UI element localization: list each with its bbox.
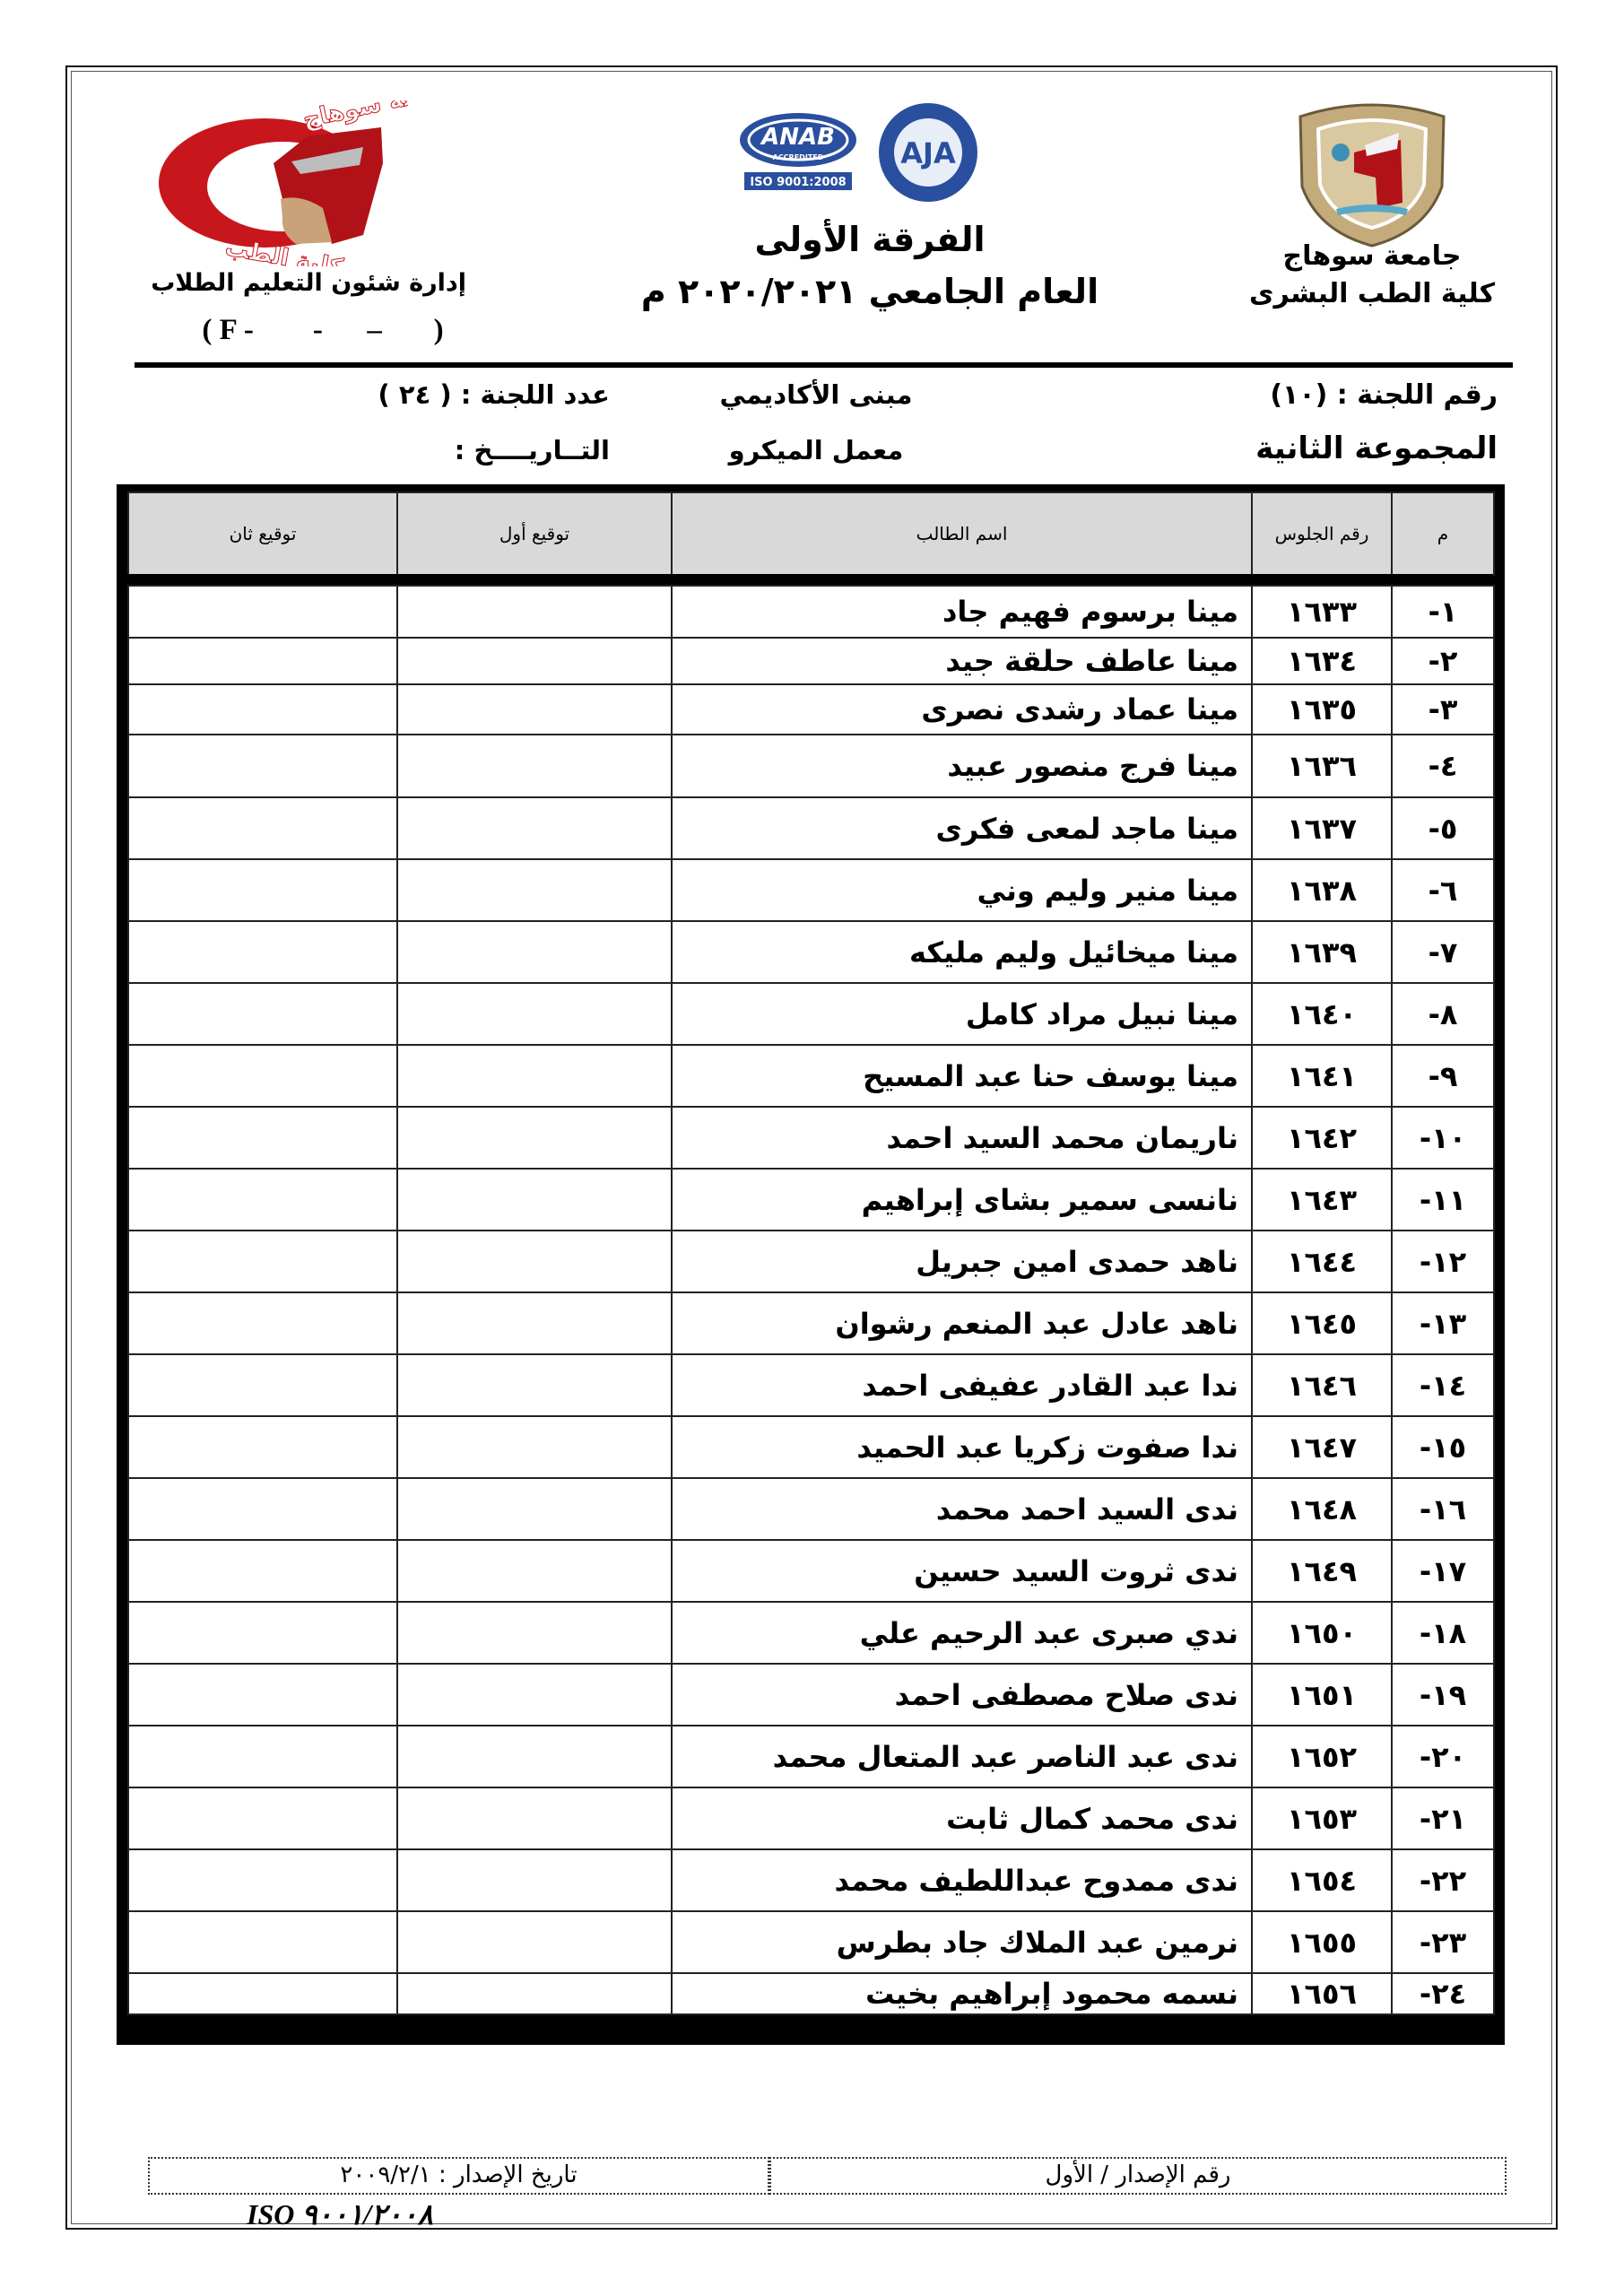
university-crest xyxy=(1291,97,1453,249)
student-name: نرمين عبد الملاك جاد بطرس xyxy=(672,1911,1252,1973)
second-signature-cell[interactable] xyxy=(128,1664,397,1726)
seat-number: ١٦٥٤ xyxy=(1252,1849,1392,1911)
accreditation-badges: ANAB ACCREDITED ISO 9001:2008 AJA xyxy=(731,97,995,209)
seat-number: ١٦٣٩ xyxy=(1252,921,1392,983)
table-row: ٢١-١٦٥٣ندى محمد كمال ثابت xyxy=(128,1787,1494,1849)
second-signature-cell[interactable] xyxy=(128,684,397,735)
table-row: ٦-١٦٣٨مينا منير وليم وني xyxy=(128,859,1494,921)
seat-number: ١٦٤٦ xyxy=(1252,1354,1392,1416)
first-signature-cell[interactable] xyxy=(397,921,672,983)
row-index: ٤- xyxy=(1392,735,1494,797)
col-header-index: م xyxy=(1392,492,1494,575)
second-signature-cell[interactable] xyxy=(128,1973,397,2014)
student-name: مينا ميخائيل وليم مليكه xyxy=(672,921,1252,983)
row-index: ٧- xyxy=(1392,921,1494,983)
form-code: ( F - - – ) xyxy=(179,314,466,347)
second-signature-cell[interactable] xyxy=(128,921,397,983)
student-name: ندى ممدوح عبداللطيف محمد xyxy=(672,1849,1252,1911)
iso-badge-text: ISO 9001:2008 xyxy=(750,176,846,189)
seat-number: ١٦٥٢ xyxy=(1252,1726,1392,1787)
first-signature-cell[interactable] xyxy=(397,1664,672,1726)
attendance-table: م رقم الجلوس اسم الطالب توقيع أول توقيع … xyxy=(117,484,1505,2045)
second-signature-cell[interactable] xyxy=(128,1726,397,1787)
row-index: ٣- xyxy=(1392,684,1494,735)
row-index: ٢- xyxy=(1392,638,1494,684)
first-signature-cell[interactable] xyxy=(397,638,672,684)
row-index: ١٣- xyxy=(1392,1292,1494,1354)
first-signature-cell[interactable] xyxy=(397,1107,672,1169)
first-signature-cell[interactable] xyxy=(397,859,672,921)
table-row: ٣-١٦٣٥مينا عماد رشدى نصرى xyxy=(128,684,1494,735)
student-name: ندى صلاح مصطفى احمد xyxy=(672,1664,1252,1726)
row-index: ٥- xyxy=(1392,797,1494,859)
seat-number: ١٦٣٦ xyxy=(1252,735,1392,797)
table-row: ٩-١٦٤١مينا يوسف حنا عبد المسيح xyxy=(128,1045,1494,1107)
table-row: ١٠-١٦٤٢ناريمان محمد السيد احمد xyxy=(128,1107,1494,1169)
table-row: ١٦-١٦٤٨ندى السيد احمد محمد xyxy=(128,1478,1494,1540)
table-row: ٢٢-١٦٥٤ندى ممدوح عبداللطيف محمد xyxy=(128,1849,1494,1911)
table-row: ١٩-١٦٥١ندى صلاح مصطفى احمد xyxy=(128,1664,1494,1726)
student-name: مينا فرج منصور عبيد xyxy=(672,735,1252,797)
table-row: ٧-١٦٣٩مينا ميخائيل وليم مليكه xyxy=(128,921,1494,983)
academic-year: العام الجامعي ٢٠٢٠/٢٠٢١ م xyxy=(592,272,1148,311)
student-name: ندى السيد احمد محمد xyxy=(672,1478,1252,1540)
row-index: ١١- xyxy=(1392,1169,1494,1231)
student-name: مينا يوسف حنا عبد المسيح xyxy=(672,1045,1252,1107)
seat-number: ١٦٤٤ xyxy=(1252,1231,1392,1292)
seat-number: ١٦٤٢ xyxy=(1252,1107,1392,1169)
seat-number: ١٦٣٤ xyxy=(1252,638,1392,684)
table-row: ١٧-١٦٤٩ندى ثروت السيد حسين xyxy=(128,1540,1494,1602)
header-band xyxy=(127,574,1493,583)
row-index: ١٧- xyxy=(1392,1540,1494,1602)
row-index: ١- xyxy=(1392,586,1494,638)
first-signature-cell[interactable] xyxy=(397,1787,672,1849)
second-signature-cell[interactable] xyxy=(128,1107,397,1169)
row-index: ٢١- xyxy=(1392,1787,1494,1849)
seat-number: ١٦٤٩ xyxy=(1252,1540,1392,1602)
first-signature-cell[interactable] xyxy=(397,1354,672,1416)
first-signature-cell[interactable] xyxy=(397,1478,672,1540)
department-name: إدارة شئون التعليم الطلاب xyxy=(179,269,466,297)
table-row: ٤-١٦٣٦مينا فرج منصور عبيد xyxy=(128,735,1494,797)
student-name: مينا عاطف حلقة جيد xyxy=(672,638,1252,684)
seat-number: ١٦٣٨ xyxy=(1252,859,1392,921)
table-row: ١٤-١٦٤٦ندا عبد القادر عفيفى احمد xyxy=(128,1354,1494,1416)
second-signature-cell[interactable] xyxy=(128,1602,397,1664)
student-name: مينا منير وليم وني xyxy=(672,859,1252,921)
anab-text: ANAB xyxy=(760,124,835,151)
header-divider xyxy=(135,362,1513,368)
second-signature-cell[interactable] xyxy=(128,1416,397,1478)
aja-text: AJA xyxy=(900,136,956,170)
row-index: ٢٣- xyxy=(1392,1911,1494,1973)
student-name: مينا ماجد لمعى فكرى xyxy=(672,797,1252,859)
second-signature-cell[interactable] xyxy=(128,638,397,684)
second-signature-cell[interactable] xyxy=(128,1911,397,1973)
committee-count: عدد اللجنة : ( ٢٤ ) xyxy=(377,379,610,410)
second-signature-cell[interactable] xyxy=(128,1354,397,1416)
second-signature-cell[interactable] xyxy=(128,1478,397,1540)
col-header-first-signature: توقيع أول xyxy=(397,492,672,575)
row-index: ١٦- xyxy=(1392,1478,1494,1540)
table-body: ١-١٦٣٣مينا برسوم فهيم جاد٢-١٦٣٤مينا عاطف… xyxy=(127,585,1495,2015)
seat-number: ١٦٤٨ xyxy=(1252,1478,1392,1540)
first-signature-cell[interactable] xyxy=(397,1602,672,1664)
group-name: المجموعة الثانية xyxy=(1202,430,1498,466)
first-signature-cell[interactable] xyxy=(397,983,672,1045)
seat-number: ١٦٥٣ xyxy=(1252,1787,1392,1849)
building-name: مبنى الأكاديمي xyxy=(682,379,951,410)
student-name: ندى عبد الناصر عبد المتعال محمد xyxy=(672,1726,1252,1787)
row-index: ١٤- xyxy=(1392,1354,1494,1416)
first-signature-cell[interactable] xyxy=(397,1416,672,1478)
seat-number: ١٦٥٠ xyxy=(1252,1602,1392,1664)
student-name: ناهد حمدى امين جبريل xyxy=(672,1231,1252,1292)
first-signature-cell[interactable] xyxy=(397,1726,672,1787)
table-row: ١٥-١٦٤٧ندا صفوت زكريا عبد الحميد xyxy=(128,1416,1494,1478)
row-index: ١٢- xyxy=(1392,1231,1494,1292)
first-signature-cell[interactable] xyxy=(397,1911,672,1973)
iso-standard: ISO ٩٠٠١/٢٠٠٨ xyxy=(247,2197,433,2231)
col-header-student-name: اسم الطالب xyxy=(672,492,1252,575)
table-row: ٨-١٦٤٠مينا نبيل مراد كامل xyxy=(128,983,1494,1045)
first-signature-cell[interactable] xyxy=(397,1973,672,2014)
table-header: م رقم الجلوس اسم الطالب توقيع أول توقيع … xyxy=(127,491,1495,576)
row-index: ١٥- xyxy=(1392,1416,1494,1478)
col-header-second-signature: توقيع ثان xyxy=(128,492,397,575)
row-index: ٦- xyxy=(1392,859,1494,921)
first-signature-cell[interactable] xyxy=(397,1231,672,1292)
row-index: ١٨- xyxy=(1392,1602,1494,1664)
committee-number: رقم اللجنة : (١٠) xyxy=(1202,379,1498,411)
seat-number: ١٦٤٥ xyxy=(1252,1292,1392,1354)
student-name: ندي صبرى عبد الرحيم علي xyxy=(672,1602,1252,1664)
seat-number: ١٦٤١ xyxy=(1252,1045,1392,1107)
table-row: ١٣-١٦٤٥ناهد عادل عبد المنعم رشوان xyxy=(128,1292,1494,1354)
second-signature-cell[interactable] xyxy=(128,1292,397,1354)
row-index: ٢٤- xyxy=(1392,1973,1494,2014)
table-row: ٢٣-١٦٥٥نرمين عبد الملاك جاد بطرس xyxy=(128,1911,1494,1973)
table-row: ٥-١٦٣٧مينا ماجد لمعى فكرى xyxy=(128,797,1494,859)
table-row: ٢-١٦٣٤مينا عاطف حلقة جيد xyxy=(128,638,1494,684)
second-signature-cell[interactable] xyxy=(128,1169,397,1231)
seat-number: ١٦٥٥ xyxy=(1252,1911,1392,1973)
seat-number: ١٦٤٣ xyxy=(1252,1169,1392,1231)
row-index: ١٠- xyxy=(1392,1107,1494,1169)
first-signature-cell[interactable] xyxy=(397,735,672,797)
second-signature-cell[interactable] xyxy=(128,735,397,797)
student-name: ندى محمد كمال ثابت xyxy=(672,1787,1252,1849)
document-title: الفرقة الأولى xyxy=(628,220,1112,259)
first-signature-cell[interactable] xyxy=(397,586,672,638)
student-name: نانسى سمير بشاى إبراهيم xyxy=(672,1169,1252,1231)
row-index: ٩- xyxy=(1392,1045,1494,1107)
seat-number: ١٦٣٣ xyxy=(1252,586,1392,638)
second-signature-cell[interactable] xyxy=(128,797,397,859)
second-signature-cell[interactable] xyxy=(128,586,397,638)
university-name: جامعة سوهاج xyxy=(1246,240,1498,272)
student-name: ناريمان محمد السيد احمد xyxy=(672,1107,1252,1169)
first-signature-cell[interactable] xyxy=(397,1292,672,1354)
table-row: ١-١٦٣٣مينا برسوم فهيم جاد xyxy=(128,586,1494,638)
lab-name: معمل الميكرو xyxy=(682,435,951,465)
logo-text-top: جامعة سوهاج xyxy=(300,100,408,134)
first-signature-cell[interactable] xyxy=(397,1540,672,1602)
table-row: ١٨-١٦٥٠ندي صبرى عبد الرحيم علي xyxy=(128,1602,1494,1664)
col-header-seat-number: رقم الجلوس xyxy=(1252,492,1392,575)
table-row: ٢٤-١٦٥٦نسمه محمود إبراهيم بخيت xyxy=(128,1973,1494,2014)
row-index: ١٩- xyxy=(1392,1664,1494,1726)
second-signature-cell[interactable] xyxy=(128,1045,397,1107)
student-name: مينا عماد رشدى نصرى xyxy=(672,684,1252,735)
seat-number: ١٦٤٧ xyxy=(1252,1416,1392,1478)
student-name: مينا نبيل مراد كامل xyxy=(672,983,1252,1045)
second-signature-cell[interactable] xyxy=(128,983,397,1045)
student-name: ناهد عادل عبد المنعم رشوان xyxy=(672,1292,1252,1354)
student-name: ندا عبد القادر عفيفى احمد xyxy=(672,1354,1252,1416)
table-row: ٢٠-١٦٥٢ندى عبد الناصر عبد المتعال محمد xyxy=(128,1726,1494,1787)
date-label: التــاريــــخ : xyxy=(377,435,610,465)
row-index: ٨- xyxy=(1392,983,1494,1045)
first-signature-cell[interactable] xyxy=(397,797,672,859)
second-signature-cell[interactable] xyxy=(128,1540,397,1602)
student-name: نسمه محمود إبراهيم بخيت xyxy=(672,1973,1252,2014)
first-signature-cell[interactable] xyxy=(397,1169,672,1231)
second-signature-cell[interactable] xyxy=(128,1849,397,1911)
seat-number: ١٦٣٥ xyxy=(1252,684,1392,735)
row-index: ٢٠- xyxy=(1392,1726,1494,1787)
faculty-name: كلية الطب البشرى xyxy=(1246,278,1498,309)
student-name: مينا برسوم فهيم جاد xyxy=(672,586,1252,638)
second-signature-cell[interactable] xyxy=(128,1231,397,1292)
first-signature-cell[interactable] xyxy=(397,684,672,735)
student-name: ندا صفوت زكريا عبد الحميد xyxy=(672,1416,1252,1478)
faculty-logo: جامعة سوهاج كلية الطب xyxy=(148,100,408,266)
seat-number: ١٦٤٠ xyxy=(1252,983,1392,1045)
second-signature-cell[interactable] xyxy=(128,1787,397,1849)
table-row: ١١-١٦٤٣نانسى سمير بشاى إبراهيم xyxy=(128,1169,1494,1231)
seat-number: ١٦٥١ xyxy=(1252,1664,1392,1726)
seat-number: ١٦٣٧ xyxy=(1252,797,1392,859)
anab-sub-text: ACCREDITED xyxy=(773,153,824,161)
second-signature-cell[interactable] xyxy=(128,859,397,921)
first-signature-cell[interactable] xyxy=(397,1849,672,1911)
issue-number: رقم الإصدار / الأول xyxy=(769,2157,1507,2195)
seat-number: ١٦٥٦ xyxy=(1252,1973,1392,2014)
row-index: ٢٢- xyxy=(1392,1849,1494,1911)
first-signature-cell[interactable] xyxy=(397,1045,672,1107)
student-name: ندى ثروت السيد حسين xyxy=(672,1540,1252,1602)
issue-date: تاريخ الإصدار : ٢٠٠٩/٢/١ xyxy=(148,2157,769,2195)
table-row: ١٢-١٦٤٤ناهد حمدى امين جبريل xyxy=(128,1231,1494,1292)
